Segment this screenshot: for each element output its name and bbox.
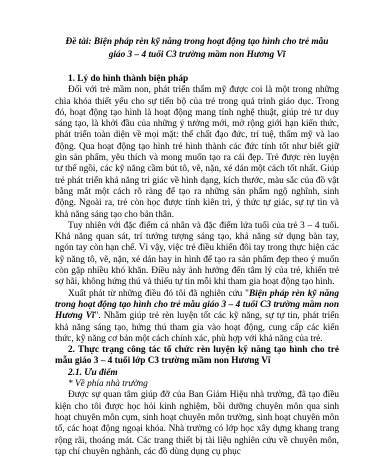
section-1-paragraph-1: Đối với trẻ mầm non, phát triển thẩm mỹ … [55,85,339,221]
paragraph-3-suffix: ". Nhằm giúp trẻ rèn luyện tốt các kỹ nă… [55,311,339,344]
section-1-paragraph-2: Tuy nhiên với đặc điểm cá nhân và đặc đi… [55,221,339,289]
document-page: Đề tài: Biện pháp rèn kỹ năng trong hoạt… [0,0,366,473]
section-1-paragraph-3: Xuất phát từ những điều đó tôi đã nghiên… [55,289,339,345]
document-title: Đề tài: Biện pháp rèn kỹ năng trong hoạt… [55,36,339,61]
section-2-heading: 2. Thực trạng công tác tổ chức rèn luyện… [55,345,339,368]
paragraph-3-prefix: Xuất phát từ những điều đó tôi đã nghiên… [68,289,249,299]
section-2-1-subheading: 2.1. Ưu điểm [55,368,339,379]
section-2-paragraph-1: Được sự quan tâm giúp đỡ của Ban Giám Hi… [55,390,339,458]
section-2-bullet-school: * Về phía nhà trường [55,379,339,390]
section-1-heading: 1. Lý do hình thành biện pháp [55,74,339,85]
